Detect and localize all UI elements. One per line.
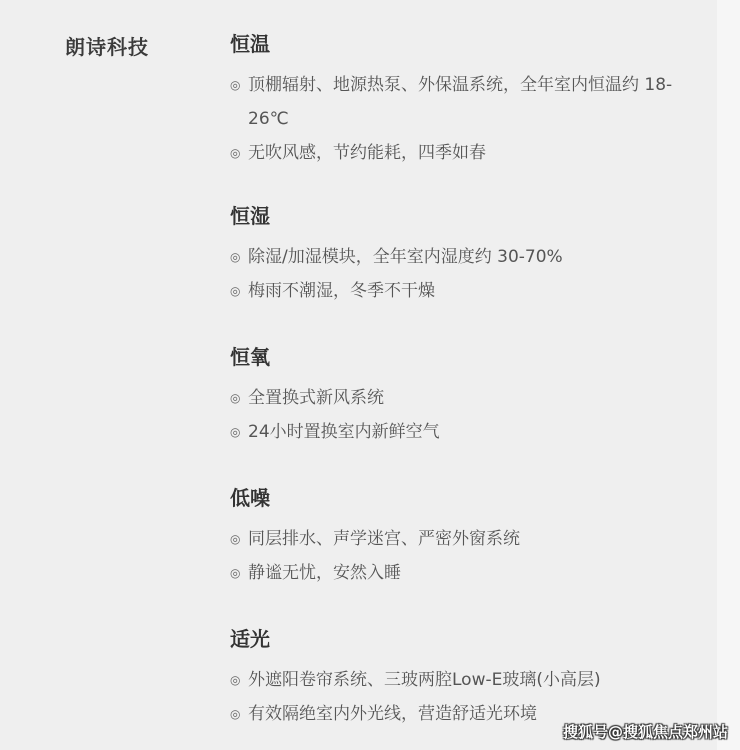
item-text: 24小时置换室内新鲜空气 [248,415,690,449]
section-title: 恒氧 [230,343,690,371]
section-constant-temperature: 恒温 ◎ 顶棚辐射、地源热泵、外保温系统，全年室内恒温约 18-26℃ ◎ 无吹… [230,30,690,202]
item-text: 同层排水、声学迷宫、严密外窗系统 [248,522,690,556]
bullet-icon: ◎ [230,274,248,308]
list-item: ◎ 梅雨不潮湿，冬季不干燥 [230,274,690,308]
section-suitable-light: 适光 ◎ 外遮阳卷帘系统、三玻两腔Low-E玻璃(小高层) ◎ 有效隔绝室内外光… [230,625,690,731]
section-low-noise: 低噪 ◎ 同层排水、声学迷宫、严密外窗系统 ◎ 静谧无忧，安然入睡 [230,484,690,625]
list-item: ◎ 除湿/加湿模块，全年室内湿度约 30-70% [230,240,690,274]
section-title: 低噪 [230,484,690,512]
content-panel: 朗诗科技 恒温 ◎ 顶棚辐射、地源热泵、外保温系统，全年室内恒温约 18-26℃… [0,0,717,750]
item-text: 全置换式新风系统 [248,381,690,415]
section-title: 恒湿 [230,202,690,230]
section-constant-humidity: 恒湿 ◎ 除湿/加湿模块，全年室内湿度约 30-70% ◎ 梅雨不潮湿，冬季不干… [230,202,690,343]
bullet-icon: ◎ [230,240,248,274]
bullet-icon: ◎ [230,663,248,697]
list-item: ◎ 同层排水、声学迷宫、严密外窗系统 [230,522,690,556]
list-item: ◎ 静谧无忧，安然入睡 [230,556,690,590]
section-title: 恒温 [230,30,690,58]
section-title: 适光 [230,625,690,653]
list-item: ◎ 顶棚辐射、地源热泵、外保温系统，全年室内恒温约 18-26℃ [230,68,690,136]
item-text: 外遮阳卷帘系统、三玻两腔Low-E玻璃(小高层) [248,663,690,697]
bullet-icon: ◎ [230,556,248,590]
list-item: ◎ 外遮阳卷帘系统、三玻两腔Low-E玻璃(小高层) [230,663,690,697]
item-text: 静谧无忧，安然入睡 [248,556,690,590]
bullet-icon: ◎ [230,381,248,415]
item-text: 无吹风感，节约能耗，四季如春 [248,136,690,170]
item-text: 梅雨不潮湿，冬季不干燥 [248,274,690,308]
brand-label: 朗诗科技 [65,31,149,60]
list-item: ◎ 24小时置换室内新鲜空气 [230,415,690,449]
bullet-icon: ◎ [230,522,248,556]
section-constant-oxygen: 恒氧 ◎ 全置换式新风系统 ◎ 24小时置换室内新鲜空气 [230,343,690,484]
feature-list: 恒温 ◎ 顶棚辐射、地源热泵、外保温系统，全年室内恒温约 18-26℃ ◎ 无吹… [230,30,690,731]
bullet-icon: ◎ [230,136,248,170]
item-text: 除湿/加湿模块，全年室内湿度约 30-70% [248,240,690,274]
bullet-icon: ◎ [230,697,248,731]
item-text: 顶棚辐射、地源热泵、外保温系统，全年室内恒温约 18-26℃ [248,68,690,136]
bullet-icon: ◎ [230,68,248,102]
bullet-icon: ◎ [230,415,248,449]
list-item: ◎ 全置换式新风系统 [230,381,690,415]
watermark: 搜狐号@搜狐焦点郑州站 [563,721,728,742]
list-item: ◎ 无吹风感，节约能耗，四季如春 [230,136,690,170]
